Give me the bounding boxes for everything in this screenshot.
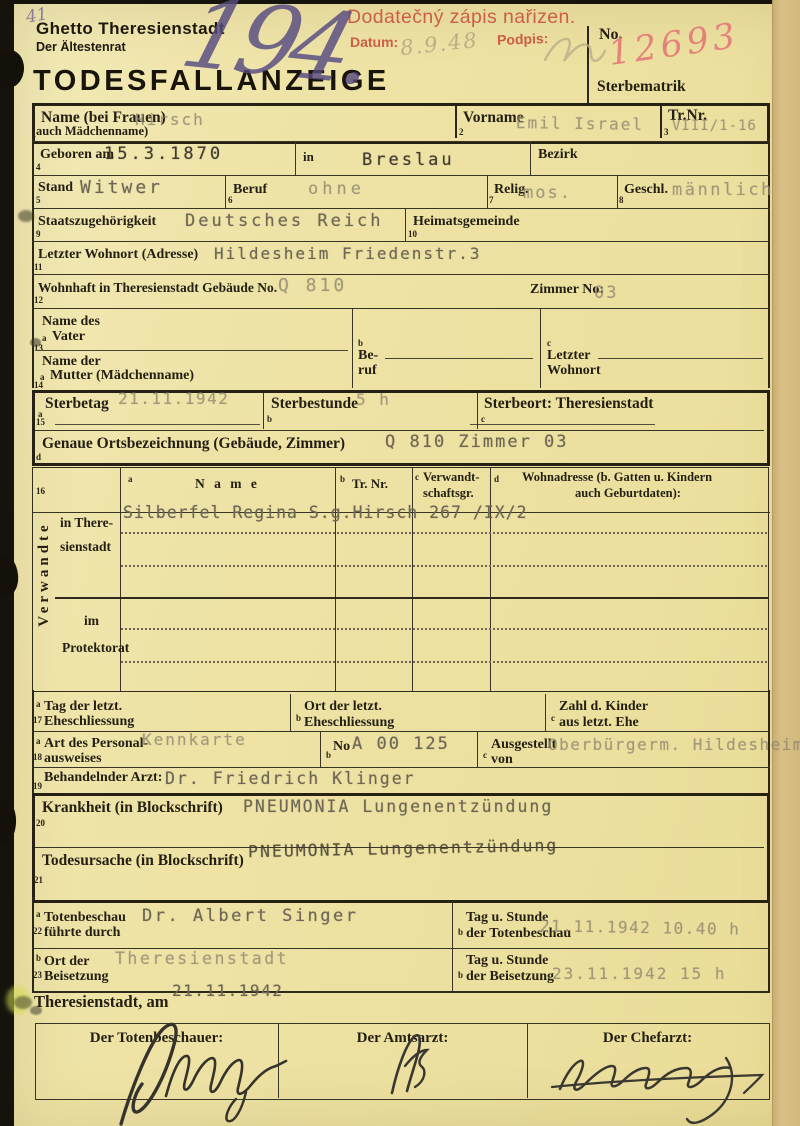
geschl-value: männlich [672,180,774,200]
ortsbezeichnung-value: Q 810 Zimmer 03 [385,432,569,452]
beisetzung-ort-line2: Beisetzung [44,970,109,985]
punch-hole-3 [14,996,32,1009]
beisetzung-tag-line2: der Beisetzung [466,970,554,985]
beruf-label: Beruf [233,183,267,198]
rel-col0 [120,467,121,691]
stand-value: Witwer [80,177,163,198]
r7-top [32,308,770,309]
fn-16: 16 [36,486,45,496]
r8-sup-b: b [267,414,272,424]
beisetzung-tag-value: 23.11.1942 15 h [552,964,727,983]
beruf-col-line [385,358,533,359]
r7-midline [36,350,348,351]
geboren-value: 15.3.1870 [104,144,223,164]
docket-number-pencil: 194. [171,0,383,106]
r7-div2 [540,308,541,388]
r17-div2 [545,694,546,731]
r17-sup-b: b [296,713,301,723]
beruf-value: ohne [308,179,365,199]
wohnort-label: Letzter Wohnort (Adresse) [38,248,198,263]
rel-dotline3 [121,628,767,630]
fn-11: 11 [34,262,43,272]
relative-row-value: Silberfel Regina S.g.Hirsch 267 /IX/2 [123,503,528,522]
name-value: Hirsch [135,110,205,129]
r7-div1 [352,308,353,388]
ausweis-no-value: A 00 125 [352,734,450,754]
rel-sup-c: c [415,472,419,482]
r9-sup-d: d [36,452,41,462]
arzt-value: Dr. Friedrich Klinger [165,769,416,788]
sig2-label: Der Amtsarzt: [278,1031,527,1047]
r18-sup-c: c [483,750,487,760]
r1-div2 [660,106,662,138]
totenbeschau-tag-line1: Tag u. Stunde [466,911,548,926]
r9-top [35,430,764,431]
fn-7: 7 [489,195,494,205]
r3-top [32,175,770,176]
zimmer-value: 03 [594,283,618,303]
r4-div1 [405,208,406,241]
matrik-label: Sterbematrik [597,79,686,95]
r22-sup-b: b [458,927,463,937]
sig3-label: Der Chefarzt: [527,1031,768,1047]
r8-div2 [477,393,478,429]
rel-group-divider [55,597,768,599]
krankheit-label: Krankheit (in Blockschrift) [42,800,223,816]
wohnort-value: Hildesheim Friedenstr.3 [214,244,482,263]
rel-col-trnr: Tr. Nr. [352,477,388,491]
r8-div1 [263,393,264,429]
ausgestellt-label-line2: von [491,753,513,768]
fn-5: 5 [36,195,41,205]
ortsbezeichnung-label: Genaue Ortsbezeichnung (Gebäude, Zimmer) [42,436,345,452]
no-box-divider [587,26,589,103]
beruf-col-line1: Be- [358,349,378,364]
totenbeschau-tag-value: 21.11.1942 10.40 h [540,916,741,938]
r17-sup-c: c [551,713,555,723]
totenbeschau-value: Dr. Albert Singer [142,906,359,926]
rel-sup-d: d [494,474,499,484]
rel-col-verw1: Verwandt- [423,471,479,484]
wohnort-col-line1: Letzter [547,349,591,364]
ausweis-label-line1: Art des Personal- [44,737,148,752]
sterbeort-label: Sterbeort: Theresienstadt [484,396,653,412]
ehe-tag-line2: Eheschliessung [44,715,134,730]
geboren-in-label: in [303,150,314,164]
fn-6: 6 [228,195,233,205]
r17-sup-a: a [36,699,41,709]
geboren-in-value: Breslau [362,150,455,170]
rel-sup-b: b [340,474,345,484]
ausgestellt-value: Oberbürgerm. Hildesheim [548,735,800,754]
ausgestellt-label-line1: Ausgestellt [491,738,556,753]
fn-3: 3 [664,127,669,137]
mutter-label-line2: Mutter (Mädchenname) [50,369,194,384]
rel-col2 [412,467,413,691]
r8-sup-c: c [481,414,485,424]
wohnort-col-line2: Wohnort [547,364,601,379]
sterbetag-value: 21.11.1942 [118,389,229,408]
staat-value: Deutsches Reich [185,211,384,231]
vorname-value: Emil Israel [516,113,644,134]
fn-15: 15 [36,417,45,427]
fn-9: 9 [36,229,41,239]
r22-div [452,901,453,948]
beisetzung-ort-value: Theresienstadt [115,949,289,968]
r2-top [32,141,770,142]
ehe-kinder-line1: Zahl d. Kinder [559,700,648,715]
r18-div2 [477,731,478,767]
fn-14: 14 [34,380,43,390]
sterbetag-label: Sterbetag [45,396,109,412]
r3-div1 [225,175,226,208]
fn-19: 19 [33,781,42,791]
rel-col3 [490,467,491,691]
group-theresienstadt-line1: in There- [60,516,113,530]
punch-hole-4 [30,1006,42,1015]
ausweis-value: Kennkarte [142,730,247,749]
totenbeschau-label-line2: führte durch [44,926,120,941]
r18-div1 [320,731,321,767]
fn-18: 18 [33,752,42,762]
bezirk-label: Bezirk [538,148,578,163]
r1-div1 [455,106,457,138]
beisetzung-tag-line1: Tag u. Stunde [466,954,548,969]
fn-20: 20 [36,818,45,828]
r18-sup-a: a [36,736,41,746]
r3-div2 [487,175,488,208]
low-right-edge [768,897,770,991]
fn-12: 12 [34,295,43,305]
gebaeude-value: Q 810 [278,275,347,296]
r17-div1 [290,694,291,731]
gebaeude-label: Wohnhaft in Theresienstadt Gebäude No. [38,281,277,295]
geboren-label: Geboren am [40,148,114,163]
rel-col1 [335,467,336,691]
r8-underline2 [470,424,655,425]
footer-date-value: 21.11.1942 [172,981,283,1000]
page-edge [772,0,800,1126]
r7-sup-a1: a [42,333,47,343]
ausweis-no-label: No [333,740,350,755]
relatives-side-label: Verwandte [37,504,55,644]
zimmer-label: Zimmer No: [530,283,604,298]
r6-top [32,274,770,275]
r23-sup-b1: b [36,953,41,963]
rel-sup-a: a [128,474,133,484]
staat-label: Staatszugehörigkeit [38,215,156,230]
r4-top [32,208,770,209]
fn-4: 4 [36,162,41,172]
beruf-col-line2: ruf [358,364,377,379]
punch-hole-1 [18,210,34,222]
sterbestunde-value: 5 h [356,390,391,409]
rel-col-name: N a m e [195,477,260,491]
rel-col-verw2: schaftsgr. [423,487,474,500]
name-label-line2: auch Mädchenname) [36,125,148,138]
punch-hole-2 [30,338,41,347]
relig-value: mos. [523,183,572,203]
fn-10: 10 [408,229,417,239]
ausweis-label-line2: ausweises [44,752,102,767]
r22-sup-a: a [36,909,41,919]
r7-sup-b: b [358,338,363,348]
fn-2: 2 [459,127,464,137]
org-name-line2: Der Ältestenrat [36,41,126,54]
stamp-text: Dodatečný zápis nařizen. [347,6,576,29]
mid-left-edge [32,690,34,793]
sig1-label: Der Totenbeschauer: [35,1031,278,1047]
rel-dotline2 [121,565,767,567]
r2-div1 [295,141,296,175]
fn-22: 22 [33,926,42,936]
fn-8: 8 [619,195,624,205]
r18-sup-b: b [326,750,331,760]
krankheit-value: PNEUMONIA Lungenentzündung [243,797,553,816]
rel-col-adr2: auch Geburtdaten): [575,487,681,500]
arzt-label: Behandelnder Arzt: [44,771,162,786]
r23-div [452,948,453,991]
group-protektorat-line2: Protektorat [62,641,129,655]
fn-21: 21 [34,875,43,885]
group-theresienstadt-line2: sienstadt [60,540,111,554]
rel-col-adr1: Wohnadresse (b. Gatten u. Kindern [522,471,712,484]
stand-label: Stand [38,181,73,196]
ehe-tag-line1: Tag der letzt. [44,700,122,715]
r5-top [32,241,770,242]
vater-label-line2: Vater [52,330,85,345]
stamp-podpis-label: Podpis: [497,30,549,48]
ehe-kinder-line2: aus letzt. Ehe [559,716,639,731]
footer-place-label: Theresienstadt, am [34,993,168,1010]
todesursache-label: Todesursache (in Blockschrift) [42,853,244,869]
trnr-value: VIII/1-16 [672,118,757,134]
vater-label-line1: Name des [42,315,100,330]
fn-17: 17 [33,715,42,725]
heimat-label: Heimatsgemeinde [413,215,520,230]
wohnort-col-line [598,358,763,359]
ehe-ort-line2: Eheschliessung [304,716,394,731]
sterbestunde-label: Sterbestunde [271,396,358,412]
rel-dotline4 [121,661,767,663]
rel-dotline1 [121,532,767,534]
r23-sup-b2: b [458,970,463,980]
ehe-ort-line1: Ort der letzt. [304,700,382,715]
relatives-table [32,467,769,692]
fn-23: 23 [33,970,42,980]
r7-sup-c: c [547,338,551,348]
r2-div2 [530,141,531,175]
vorname-label: Vorname [463,110,524,126]
geschl-label: Geschl. [624,183,668,198]
r3-div3 [617,175,618,208]
scan-background: { "doc": { "margin_mark": "41", "org1": … [0,0,800,1126]
r8-underline1 [55,424,260,425]
group-protektorat-line1: im [84,614,99,628]
totenbeschau-label-line1: Totenbeschau [44,911,126,926]
r19-top [32,767,770,768]
beisetzung-ort-line1: Ort der [44,955,89,970]
